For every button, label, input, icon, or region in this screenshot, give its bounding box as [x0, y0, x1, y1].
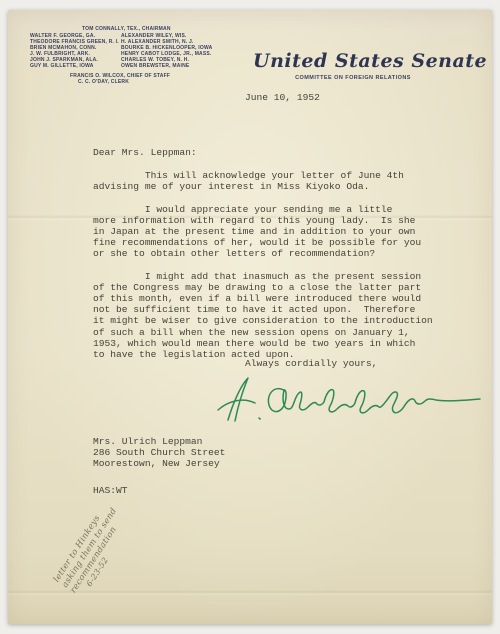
signature-ink-strokes [218, 378, 480, 421]
recipient-address: Mrs. Ulrich Leppman 286 South Church Str… [93, 436, 225, 470]
salutation: Dear Mrs. Leppman: [93, 147, 463, 158]
staff-names: FRANCIS O. WILCOX, CHIEF OF STAFF C. C. … [70, 73, 170, 85]
roster-left-column: WALTER F. GEORGE, GA. THEODORE FRANCIS G… [30, 33, 119, 69]
senator-name: OWEN BREWSTER, MAINE [121, 63, 212, 69]
chairman-name: TOM CONNALLY, TEX., CHAIRMAN [82, 26, 171, 32]
paragraph-2: I would appreciate your sending me a lit… [93, 204, 463, 260]
masthead: United States Senate COMMITTEE ON FOREIG… [253, 50, 453, 81]
letter-scan: TOM CONNALLY, TEX., CHAIRMAN WALTER F. G… [0, 0, 500, 634]
letter-paper: TOM CONNALLY, TEX., CHAIRMAN WALTER F. G… [8, 10, 492, 624]
senator-name: GUY M. GILLETTE, IOWA [30, 63, 119, 69]
roster-right-column: ALEXANDER WILEY, WIS. H. ALEXANDER SMITH… [121, 33, 212, 69]
paragraph-1: This will acknowledge your letter of Jun… [93, 170, 463, 192]
clerk-name: C. C. O'DAY, CLERK [78, 79, 170, 85]
signature-h-alexander-smith [216, 374, 484, 428]
senate-wordmark: United States Senate [253, 50, 453, 72]
paragraph-3: I might add that inasmuch as the present… [93, 271, 463, 361]
complimentary-close: Always cordially yours, [245, 358, 377, 369]
letter-body: Dear Mrs. Leppman: This will acknowledge… [93, 147, 463, 371]
letter-date: June 10, 1952 [245, 92, 320, 103]
committee-title: COMMITTEE ON FOREIGN RELATIONS [253, 75, 453, 81]
